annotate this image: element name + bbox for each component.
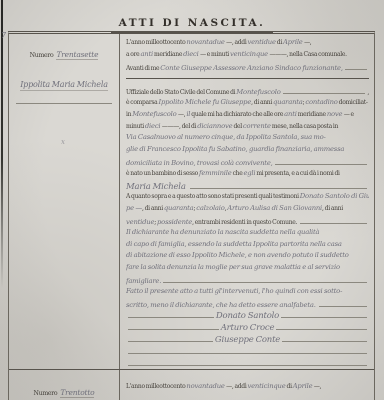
handwritten-text: anti [140,49,153,61]
page-edge-shadow [1,0,3,288]
printed-form-text: , di anni [251,97,273,109]
printed-form-text: — e minuti [200,49,230,61]
act-line: in Montefuscolo —, il quale mi ha dichia… [126,109,369,121]
printed-form-text: —, [304,37,311,49]
handwritten-text: ventidue [247,37,275,49]
act-line: ventidue; possidente, entrambi residenti… [126,215,369,227]
printed-form-text: è nato un bambino di sesso [126,168,199,180]
blank-rule [190,180,367,189]
printed-form-text: Uffiziale dello Stato Civile del Comune … [126,87,236,97]
act-line: minuti dieci ———, del dì diciannove del … [126,121,369,133]
printed-form-text: è comparsa [126,97,158,109]
handwritten-text: venticinque [230,49,270,61]
handwritten-text: Arturo Croce [221,323,275,333]
act-line: a ore anti meridiane dieci — e minuti ve… [126,49,369,61]
printed-form-text: ———, del dì [162,121,197,133]
handwritten-text: calzolaio [196,203,224,215]
handwritten-text: ventidue [126,217,154,227]
printed-form-text: ———, nella Casa comunale. [269,49,346,61]
record-2-margin-column: NumeroTrentotto [9,370,120,400]
handwritten-text: Giuseppe Conte [215,335,280,345]
birth-record-1: NumeroTrentasette Ippolita Maria Michela… [9,34,374,369]
numero-value: Trentotto [60,388,94,398]
handwritten-text: Fatto il presente atto a tutti gl'interv… [126,286,342,298]
handwritten-text: Montefuscolo [132,109,178,121]
record-1-number: NumeroTrentasette [9,42,119,61]
handwritten-text: dieci [183,49,200,61]
printed-form-text: —, [178,109,186,121]
signature-line: Arturo Croce [126,321,369,333]
act-line: fare la solita denunzia la moglie per su… [126,262,369,274]
printed-form-text: quale mi ha dichiarato che alle ore [190,109,284,121]
handwritten-text: Montefuscolo [236,87,280,97]
printed-form-text: mese, nella casa posta in [271,121,338,133]
margin-column-rule [16,103,112,104]
printed-form-text: a ore [126,49,140,61]
record-2-act-text: L'anno milleottocento novantadue —, addì… [120,370,374,400]
act-line: è comparsa Ippolito Michele fu Giuseppe,… [126,97,369,109]
printed-form-text: mi presenta, e a cui dà i nomi di [255,168,339,180]
blank-rule [163,274,367,283]
blank-rule [319,298,367,307]
handwritten-text: novantadue [186,37,226,49]
handwritten-text: di abitazione di esso Ippolito Michele, … [126,250,349,262]
printed-form-text: di [286,381,293,393]
blank-rule [345,61,367,70]
printed-form-text: A quanto sopra e a questo atto sono stat… [126,191,300,203]
handwritten-text: femminile [199,168,232,180]
act-line: Uffiziale dello Stato Civile del Comune … [126,85,369,97]
handwritten-text: Aprile [293,381,314,393]
blank-rule [128,357,367,366]
act-line: famigliare. [126,274,369,286]
blank-rule [128,345,367,354]
blank-rule [281,309,367,318]
handwritten-text: di capo di famiglia, essendo la suddetta… [126,239,342,251]
handwritten-text: fare la solita denunzia la moglie per su… [126,262,340,274]
numero-label: Numero [30,52,54,59]
blank-rule [275,156,367,165]
printed-form-text: del [232,121,242,133]
printed-form-text: che [232,168,244,180]
act-line: Maria Michela [126,180,369,192]
handwritten-text: contadino [305,97,337,109]
handwritten-text: Via Casalnuovo al numero cinque, da Ippo… [126,132,326,144]
act-line: Avanti di me Conte Giuseppe Assessore An… [126,61,369,73]
blank-rule [283,85,366,94]
printed-form-text: —, addì [226,37,247,49]
handwritten-text: Conte Giuseppe Assessore Anziano Sindaco… [160,63,343,73]
act-line: L'anno milleottocento novantadue —, addì… [126,37,369,49]
printed-form-text: —, addì [226,381,247,393]
handwritten-text: Il dichiarante ha denunziato la nascita … [126,227,319,239]
printed-form-text: , di anni [142,203,164,215]
handwritten-text: glie di Francesco Ippolita fu Sabatino, … [126,144,344,156]
handwritten-text: Donato Santolo di Giusep- [300,191,369,203]
record-2-number: NumeroTrentotto [9,380,119,399]
handwritten-text: nove [327,109,344,121]
handwritten-text: Aprile [283,37,304,49]
handwritten-text: Maria Michela [126,182,188,192]
handwritten-text: egli [243,168,255,180]
printed-form-text: Avanti di me [126,63,160,73]
printed-form-text: , [367,87,369,97]
record-1-act-text: L'anno milleottocento novantadue —, addì… [120,34,374,369]
faint-pen-mark: x [61,138,65,146]
signature-line: Giuseppe Conte [126,333,369,345]
handwritten-text: Ippolito Michele fu Giuseppe [158,97,251,109]
act-line: glie di Francesco Ippolita fu Sabatino, … [126,144,369,156]
act-line: è nato un bambino di sesso femminile che… [126,168,369,180]
handwritten-text: diciannove [197,121,232,133]
register-table: NumeroTrentasette Ippolita Maria Michela… [8,31,375,400]
act-line: Fatto il presente atto a tutti gl'interv… [126,286,369,298]
act-line: di capo di famiglia, essendo la suddetta… [126,239,369,251]
act-line: pe —, di anni quaranta; calzolaio, Artur… [126,203,369,215]
printed-form-text: di [276,37,283,49]
act-line: Via Casalnuovo al numero cinque, da Ippo… [126,132,369,144]
handwritten-text: Donato Santolo [216,311,279,321]
printed-form-text: minuti [126,121,145,133]
printed-form-text: , entrambi residenti in questo Comune. [192,217,298,227]
blank-rule [128,333,213,342]
blank-rule [128,309,214,318]
act-line: Il dichiarante ha denunziato la nascita … [126,227,369,239]
printed-form-text: meridiane [297,109,327,121]
handwritten-text: domiciliata in Bovino, trovasi colà conv… [126,158,273,168]
blank-rule [282,333,367,342]
handwritten-text: scritto, meno il dichiarante, che ha det… [126,300,317,310]
printed-form-text: — e [344,109,354,121]
numero-value: Trentasette [56,50,98,60]
act-line: scritto, meno il dichiarante, che ha det… [126,298,369,310]
record-1-child-name: Ippolita Maria Michela [9,72,119,91]
printed-form-text: —, [314,381,321,393]
handwritten-text: famigliare. [126,276,161,286]
handwritten-text: pe — [126,203,142,215]
printed-form-text: meridiane [153,49,183,61]
handwritten-text: anti [284,109,297,121]
act-line: L'anno milleottocento novantadue —, addì… [126,381,369,393]
handwritten-text: quaranta [273,97,303,109]
scanned-register-page: 7 ATTI DI NASCITA. NumeroTrentasette Ipp… [0,0,384,400]
printed-form-text: L'anno milleottocento [126,37,186,49]
blank-rule [128,321,219,330]
blank-rule [276,321,367,330]
birth-record-2: NumeroTrentotto L'anno milleottocento no… [9,369,374,400]
act-line: di abitazione di esso Ippolito Michele, … [126,250,369,262]
handwritten-text: novantadue [186,381,226,393]
printed-form-text: L'anno milleottocento [126,381,186,393]
section-rule [126,72,369,79]
blank-rule [300,215,367,224]
child-name-text: Ippolita Maria Michela [20,80,108,91]
act-line: A quanto sopra e a questo atto sono stat… [126,191,369,203]
handwritten-text: quaranta [164,203,194,215]
printed-form-text: domiciliat- [338,97,368,109]
handwritten-text: Arturo Aulisa di San Giovanni [227,203,322,215]
act-line: domiciliata in Bovino, trovasi colà conv… [126,156,369,168]
document-header: ATTI DI NASCITA. [0,11,384,33]
act-line [126,345,369,357]
handwritten-text: dieci [145,121,162,133]
act-line [126,357,369,369]
signature-line: Donato Santolo [126,309,369,321]
handwritten-text: venticinque [247,381,285,393]
handwritten-text: corrente [243,121,271,133]
handwritten-text: possidente [157,217,192,227]
printed-form-text: , di anni [322,203,343,215]
numero-label: Numero [34,390,58,397]
record-1-margin-column: NumeroTrentasette Ippolita Maria Michela… [9,34,120,369]
